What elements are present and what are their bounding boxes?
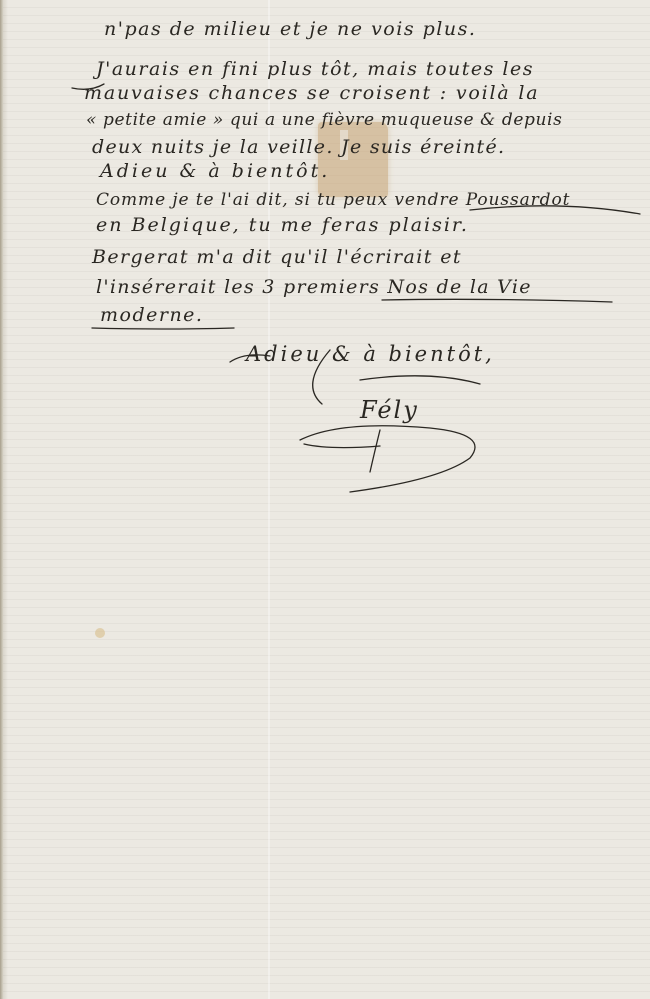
letter-page: n'pas de milieu et je ne vois plus. J'au… (0, 0, 650, 999)
flourish-strokes (0, 0, 650, 999)
